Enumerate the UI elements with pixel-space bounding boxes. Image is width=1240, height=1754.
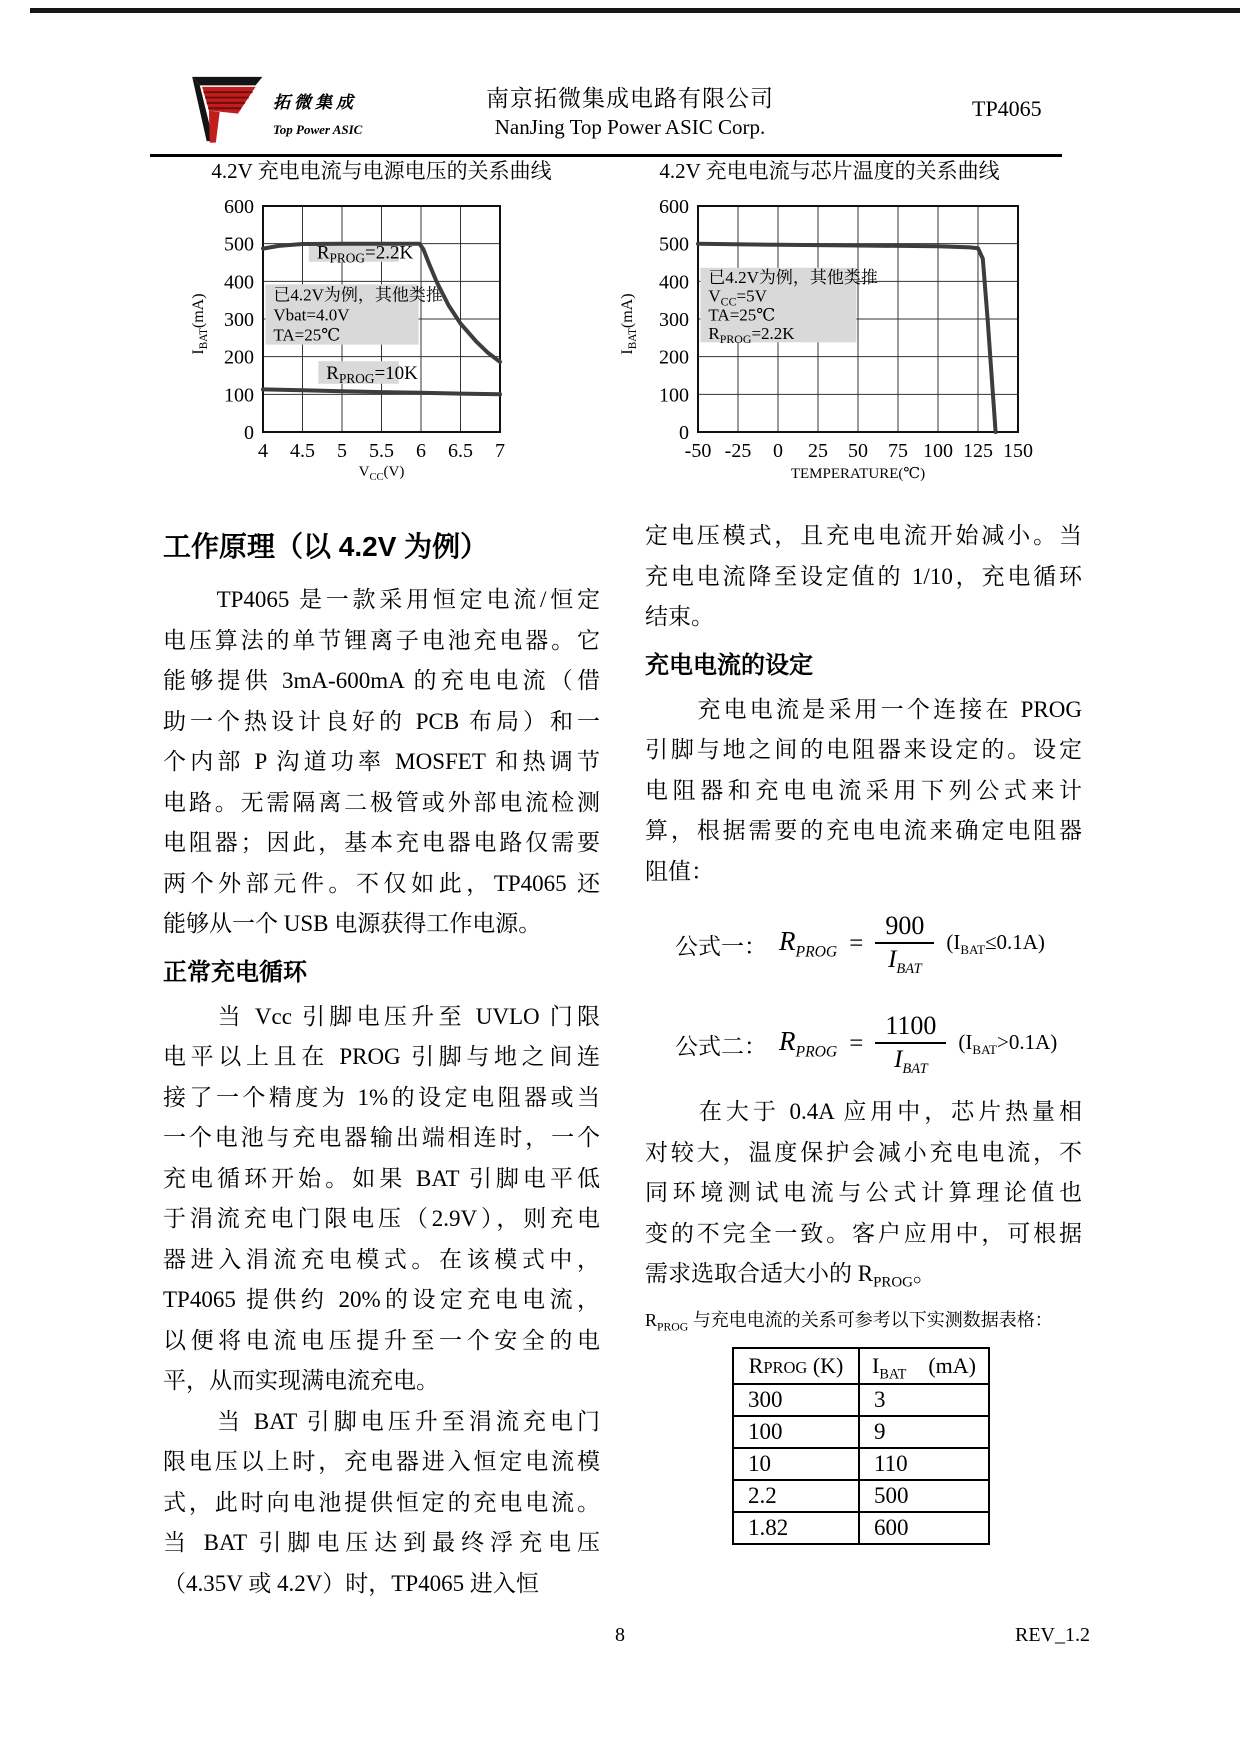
svg-text:0: 0 <box>244 422 254 444</box>
text-line: 两个外部元件。不仅如此，TP4065 还 <box>163 864 600 905</box>
numerator: 900 <box>875 911 934 944</box>
table-cell: 1.82 <box>733 1512 859 1544</box>
text-line: 平，从而实现满电流充电。 <box>163 1361 600 1402</box>
text-line: 引脚与地之间的电阻器来设定的。设定 <box>645 730 1082 771</box>
svg-text:已4.2V为例，其他类推: 已4.2V为例，其他类推 <box>708 267 878 287</box>
table-header-cell: IBAT (mA) <box>859 1348 989 1384</box>
paragraph: 定电压模式，且充电电流开始减小。当充电电流降至设定值的 1/10，充电循环结束。 <box>645 516 1082 638</box>
paragraph: 当 Vcc 引脚电压升至 UVLO 门限电平以上且在 PROG 引脚与地之间连接… <box>163 997 600 1402</box>
left-column: 工作原理（以 4.2V 为例） TP4065 是一款采用恒定电流/恒定电压算法的… <box>163 526 600 1604</box>
text-line: 于涓流充电门限电压（2.9V），则充电 <box>163 1199 600 1240</box>
svg-text:IBAT(mA): IBAT(mA) <box>619 293 639 354</box>
svg-text:-25: -25 <box>725 440 752 462</box>
table-cell: 10 <box>733 1448 859 1480</box>
text-line: 电路。无需隔离二极管或外部电流检测 <box>163 783 600 824</box>
table-header-cell: RPROG (K) <box>733 1348 859 1384</box>
svg-text:500: 500 <box>224 234 254 256</box>
company-logo: 拓微集成 Top Power ASIC <box>183 72 362 146</box>
equals-sign: = <box>849 1030 863 1058</box>
header-rule <box>150 154 1062 157</box>
right-column: 定电压模式，且充电电流开始减小。当充电电流降至设定值的 1/10，充电循环结束。… <box>645 516 1082 1545</box>
table-row: 1009 <box>733 1416 989 1448</box>
numerator: 1100 <box>875 1011 946 1044</box>
svg-text:Vbat=4.0V: Vbat=4.0V <box>273 305 350 324</box>
fraction: 1100 IBAT <box>875 1011 946 1077</box>
formula-condition: (IBAT>0.1A) <box>958 1030 1057 1058</box>
rprog-ibat-table: RPROG (K)IBAT (mA) 30031009101102.25001.… <box>732 1347 990 1545</box>
svg-text:300: 300 <box>659 309 689 331</box>
formula-label: 公式一： <box>675 928 767 961</box>
chart-current-vs-voltage: 4.2V 充电电流与电源电压的关系曲线 RPROG=2.2K已4.2V为例，其他… <box>163 158 600 184</box>
revision-label: REV_1.2 <box>1015 1624 1090 1647</box>
logo-text-cn: 拓微集成 <box>273 88 362 113</box>
paragraph: 当 BAT 引脚电压升至涓流充电门限电压以上时，充电器进入恒定电流模式，此时向电… <box>163 1402 600 1605</box>
formula-label: 公式二： <box>675 1028 767 1061</box>
x-axis-label: TEMPERATURE(℃) <box>698 464 1018 483</box>
table-cell: 300 <box>733 1384 859 1416</box>
text-line: 需求选取合适大小的 RPROG。 <box>645 1254 1082 1303</box>
svg-text:已4.2V为例，其他类推: 已4.2V为例，其他类推 <box>273 284 443 304</box>
svg-text:0: 0 <box>773 440 783 462</box>
text-line: 能够提供 3mA-600mA 的充电电流（借 <box>163 661 600 702</box>
svg-text:5: 5 <box>337 440 347 462</box>
part-number: TP4065 <box>972 96 1042 122</box>
text-line: 算，根据需要的充电电流来确定电阻器 <box>645 811 1082 852</box>
svg-text:125: 125 <box>963 440 993 462</box>
logo-mark <box>183 72 267 146</box>
text-line: TP4065 是一款采用恒定电流/恒定 <box>163 580 600 621</box>
formula-1: 公式一： RPROG = 900 IBAT (IBAT≤0.1A) <box>675 908 1082 980</box>
svg-text:IBAT(mA): IBAT(mA) <box>190 293 210 354</box>
fraction: 900 IBAT <box>875 911 934 977</box>
table-header-row: RPROG (K)IBAT (mA) <box>733 1348 989 1384</box>
svg-text:5.5: 5.5 <box>369 440 394 462</box>
subsection-heading: 正常充电循环 <box>163 953 600 993</box>
svg-text:4.5: 4.5 <box>290 440 315 462</box>
svg-text:7: 7 <box>495 440 505 462</box>
logo-text-en: Top Power ASIC <box>273 122 362 138</box>
section-heading: 工作原理（以 4.2V 为例） <box>163 526 600 568</box>
table-cell: 3 <box>859 1384 989 1416</box>
text-line: 电阻器和充电电流采用下列公式来计 <box>645 771 1082 812</box>
table-cell: 2.2 <box>733 1480 859 1512</box>
text-line: 结束。 <box>645 597 1082 638</box>
svg-text:300: 300 <box>224 309 254 331</box>
svg-text:500: 500 <box>659 234 689 256</box>
svg-text:TA=25℃: TA=25℃ <box>708 305 775 324</box>
text-line: 助一个热设计良好的 PCB 布局）和一 <box>163 702 600 743</box>
svg-text:200: 200 <box>224 347 254 369</box>
chart-title: 4.2V 充电电流与电源电压的关系曲线 <box>163 158 600 184</box>
svg-text:100: 100 <box>224 384 254 406</box>
text-line: 接了一个精度为 1%的设定电阻器或当 <box>163 1078 600 1119</box>
text-line: 阻值： <box>645 852 1082 893</box>
text-line: 在大于 0.4A 应用中，芯片热量相 <box>645 1092 1082 1133</box>
text-line: TP4065 提供约 20%的设定充电电流， <box>163 1280 600 1321</box>
text-line: 充电循环开始。如果 BAT 引脚电平低 <box>163 1159 600 1200</box>
table-row: 2.2500 <box>733 1480 989 1512</box>
chart-plot: RPROG=2.2K已4.2V为例，其他类推Vbat=4.0VTA=25℃RPR… <box>163 192 600 464</box>
text-line: 充电电流降至设定值的 1/10，充电循环 <box>645 557 1082 598</box>
svg-text:200: 200 <box>659 347 689 369</box>
table-cell: 9 <box>859 1416 989 1448</box>
text-line: 变的不完全一致。客户应用中，可根据 <box>645 1214 1082 1255</box>
chart-current-vs-temperature: 4.2V 充电电流与芯片温度的关系曲线 已4.2V为例，其他类推VCC=5VTA… <box>605 158 1082 184</box>
company-name-cn: 南京拓微集成电路有限公司 <box>370 84 890 114</box>
denominator: IBAT <box>886 1044 936 1077</box>
paragraph: 充电电流是采用一个连接在 PROG引脚与地之间的电阻器来设定的。设定电阻器和充电… <box>645 690 1082 893</box>
text-line: 个内部 P 沟道功率 MOSFET 和热调节 <box>163 742 600 783</box>
company-name: 南京拓微集成电路有限公司 NanJing Top Power ASIC Corp… <box>370 84 890 141</box>
text-line: 限电压以上时，充电器进入恒定电流模 <box>163 1442 600 1483</box>
svg-text:0: 0 <box>679 422 689 444</box>
chart-plot: 已4.2V为例，其他类推VCC=5VTA=25℃RPROG=2.2K-50-25… <box>605 192 1082 464</box>
table-note: RPROG 与充电电流的关系可参考以下实测数据表格： <box>645 1307 1082 1341</box>
text-line: 对较大，温度保护会减小充电电流，不 <box>645 1133 1082 1174</box>
svg-text:75: 75 <box>888 440 908 462</box>
text-line: 当 BAT 引脚电压达到最终浮充电压 <box>163 1523 600 1564</box>
table-cell: 110 <box>859 1448 989 1480</box>
svg-text:6.5: 6.5 <box>448 440 473 462</box>
svg-text:600: 600 <box>224 196 254 218</box>
svg-text:400: 400 <box>224 271 254 293</box>
table-cell: 600 <box>859 1512 989 1544</box>
text-line: 同环境测试电流与公式计算理论值也 <box>645 1173 1082 1214</box>
text-line: 能够从一个 USB 电源获得工作电源。 <box>163 904 600 945</box>
table-row: 10110 <box>733 1448 989 1480</box>
svg-text:100: 100 <box>659 384 689 406</box>
table-cell: 500 <box>859 1480 989 1512</box>
text-line: 电平以上且在 PROG 引脚与地之间连 <box>163 1037 600 1078</box>
chart-title: 4.2V 充电电流与芯片温度的关系曲线 <box>591 158 1068 184</box>
text-line: （4.35V 或 4.2V）时，TP4065 进入恒 <box>163 1564 600 1605</box>
svg-text:TA=25℃: TA=25℃ <box>273 326 340 345</box>
text-line: 电阻器；因此，基本充电器电路仅需要 <box>163 823 600 864</box>
svg-text:150: 150 <box>1003 440 1033 462</box>
svg-text:100: 100 <box>923 440 953 462</box>
text-line: 当 BAT 引脚电压升至涓流充电门 <box>163 1402 600 1443</box>
text-line: 以便将电流电压提升至一个安全的电 <box>163 1321 600 1362</box>
text-line: 一个电池与充电器输出端相连时，一个 <box>163 1118 600 1159</box>
svg-text:50: 50 <box>848 440 868 462</box>
table-row: 1.82600 <box>733 1512 989 1544</box>
svg-text:6: 6 <box>416 440 426 462</box>
x-axis-label: VCC(V) <box>263 464 500 483</box>
text-line: 式，此时向电池提供恒定的充电电流。 <box>163 1483 600 1524</box>
equals-sign: = <box>849 930 863 958</box>
svg-text:600: 600 <box>659 196 689 218</box>
svg-text:400: 400 <box>659 271 689 293</box>
table-row: 3003 <box>733 1384 989 1416</box>
subsection-heading: 充电电流的设定 <box>645 646 1082 686</box>
formula-condition: (IBAT≤0.1A) <box>946 930 1045 958</box>
text-line: 电压算法的单节锂离子电池充电器。它 <box>163 621 600 662</box>
text-line: 充电电流是采用一个连接在 PROG <box>645 690 1082 731</box>
paragraph: 在大于 0.4A 应用中，芯片热量相对较大，温度保护会减小充电电流，不同环境测试… <box>645 1092 1082 1303</box>
svg-text:25: 25 <box>808 440 828 462</box>
text-line: 定电压模式，且充电电流开始减小。当 <box>645 516 1082 557</box>
svg-text:4: 4 <box>258 440 268 462</box>
table-cell: 100 <box>733 1416 859 1448</box>
scan-artifact <box>30 8 1240 13</box>
company-name-en: NanJing Top Power ASIC Corp. <box>370 114 890 141</box>
formula-lhs: RPROG <box>779 1026 837 1061</box>
denominator: IBAT <box>880 944 930 977</box>
text-line: 当 Vcc 引脚电压升至 UVLO 门限 <box>163 997 600 1038</box>
formula-lhs: RPROG <box>779 926 837 961</box>
text-line: 器进入涓流充电模式。在该模式中， <box>163 1240 600 1281</box>
paragraph: TP4065 是一款采用恒定电流/恒定电压算法的单节锂离子电池充电器。它能够提供… <box>163 580 600 945</box>
formula-2: 公式二： RPROG = 1100 IBAT (IBAT>0.1A) <box>675 1008 1082 1080</box>
